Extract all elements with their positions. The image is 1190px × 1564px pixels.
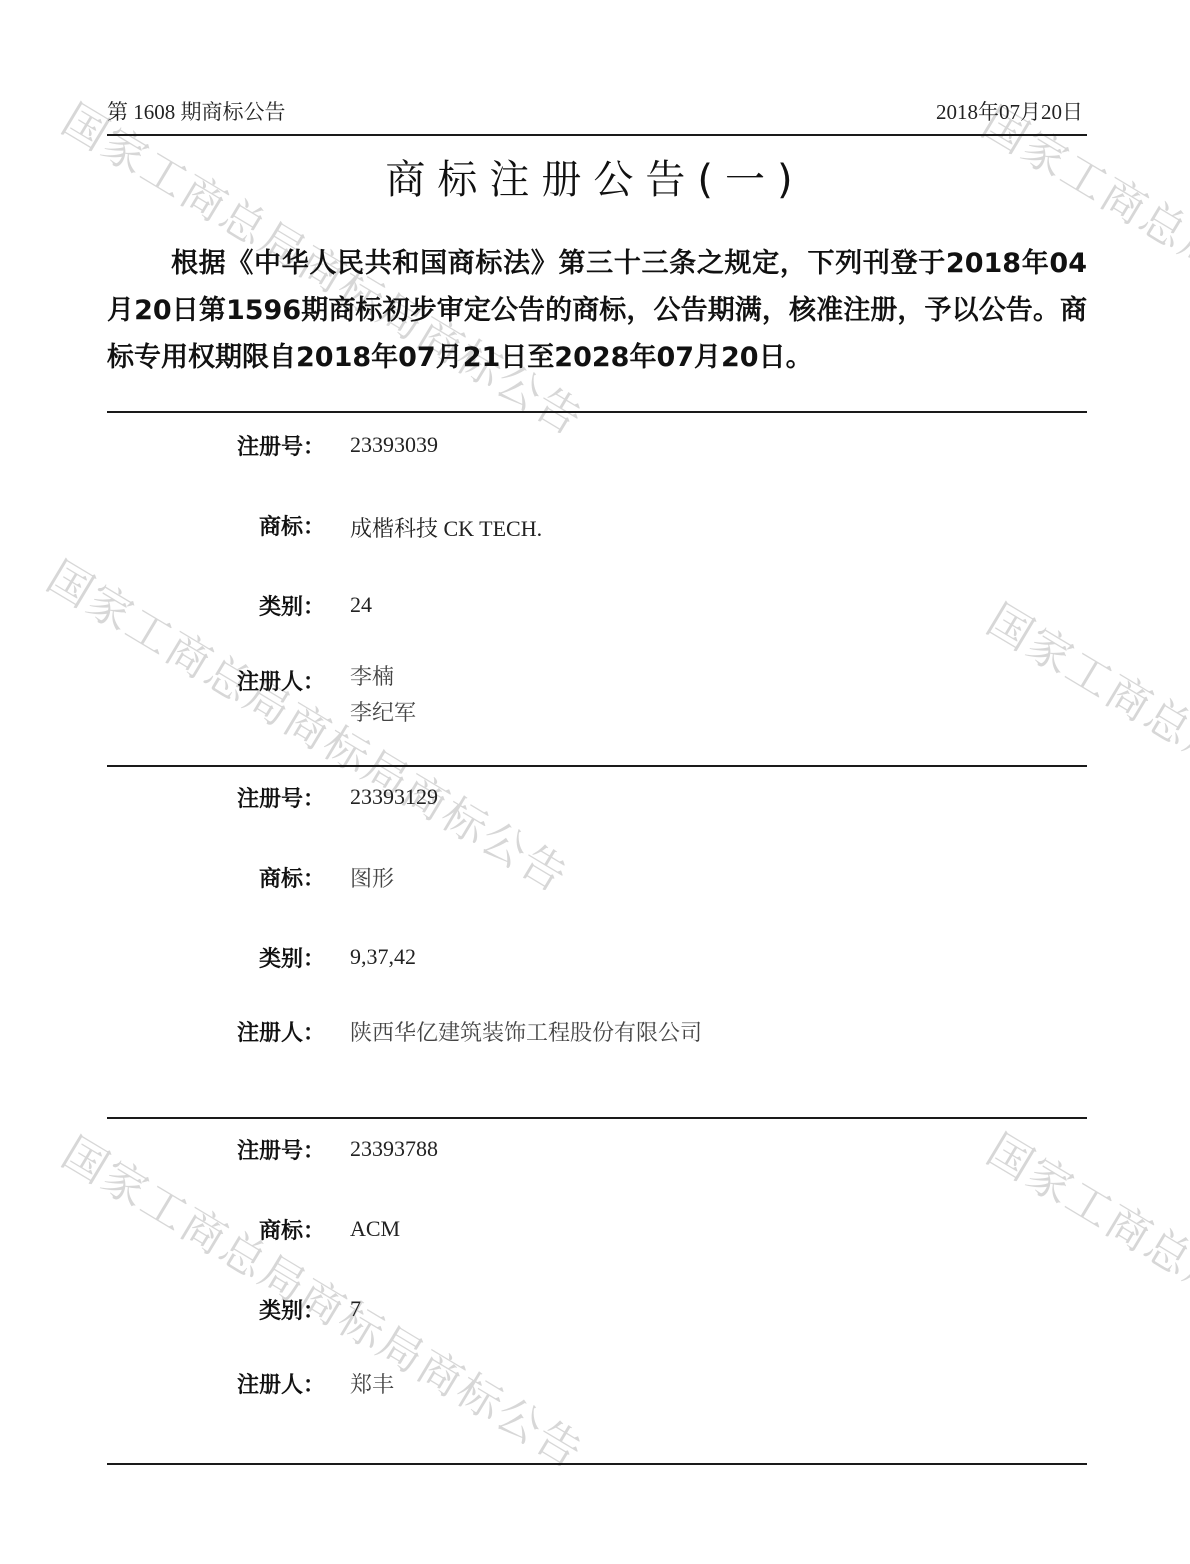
registrant-name: 李纪军 (350, 696, 416, 732)
mark-label-wrap: 商标： (180, 1214, 325, 1244)
reg-no-label-wrap: 注册号： (180, 782, 325, 812)
class-label-wrap: 类别： (180, 1294, 325, 1324)
registrant-label-wrap: 注册人： (180, 665, 325, 695)
reg-no-label: 注册号： (237, 1134, 325, 1165)
entry-divider (107, 1117, 1087, 1119)
page-header: 第 1608 期商标公告 2018年07月20日 (107, 96, 1083, 126)
issue-number: 第 1608 期商标公告 (107, 96, 286, 126)
mark-label: 商标： (259, 510, 325, 541)
registrant-name: 李楠 (350, 660, 416, 696)
entry-divider (107, 1463, 1087, 1465)
mark-value: 成楷科技 CK TECH. (350, 512, 542, 543)
mark-value: ACM (350, 1216, 400, 1242)
reg-no-label: 注册号： (237, 782, 325, 813)
header-divider (107, 134, 1087, 136)
class-value: 7 (350, 1296, 361, 1322)
watermark: 国家工商总局商标局商标公告 (977, 1115, 1190, 1478)
reg-no-value: 23393129 (350, 784, 438, 810)
registrant-label-wrap: 注册人： (180, 1016, 325, 1046)
mark-label: 商标： (259, 862, 325, 893)
reg-no-value: 23393039 (350, 432, 438, 458)
reg-no-value: 23393788 (350, 1136, 438, 1162)
reg-no-label-wrap: 注册号： (180, 430, 325, 460)
class-label: 类别： (259, 942, 325, 973)
entry-divider (107, 411, 1087, 413)
registrant-value: 李楠 李纪军 (350, 660, 416, 732)
class-label: 类别： (259, 590, 325, 621)
registrant-value: 陕西华亿建筑装饰工程股份有限公司 (350, 1016, 702, 1047)
class-label-wrap: 类别： (180, 590, 325, 620)
registrant-label-wrap: 注册人： (180, 1368, 325, 1398)
mark-label: 商标： (259, 1214, 325, 1245)
registrant-value: 郑丰 (350, 1368, 394, 1399)
registrant-label: 注册人： (237, 1016, 325, 1047)
class-value: 24 (350, 592, 372, 618)
registrant-label: 注册人： (237, 665, 325, 696)
issue-date: 2018年07月20日 (936, 96, 1083, 126)
mark-label-wrap: 商标： (180, 510, 325, 540)
class-value: 9,37,42 (350, 944, 416, 970)
entry-divider (107, 765, 1087, 767)
class-label-wrap: 类别： (180, 942, 325, 972)
mark-label-wrap: 商标： (180, 862, 325, 892)
reg-no-label: 注册号： (237, 430, 325, 461)
class-label: 类别： (259, 1294, 325, 1325)
intro-paragraph: 根据《中华人民共和国商标法》第三十三条之规定，下列刊登于2018年04月20日第… (107, 240, 1087, 381)
mark-value: 图形 (350, 862, 394, 893)
page-title: 商标注册公告(一) (0, 148, 1190, 205)
registrant-label: 注册人： (237, 1368, 325, 1399)
reg-no-label-wrap: 注册号： (180, 1134, 325, 1164)
